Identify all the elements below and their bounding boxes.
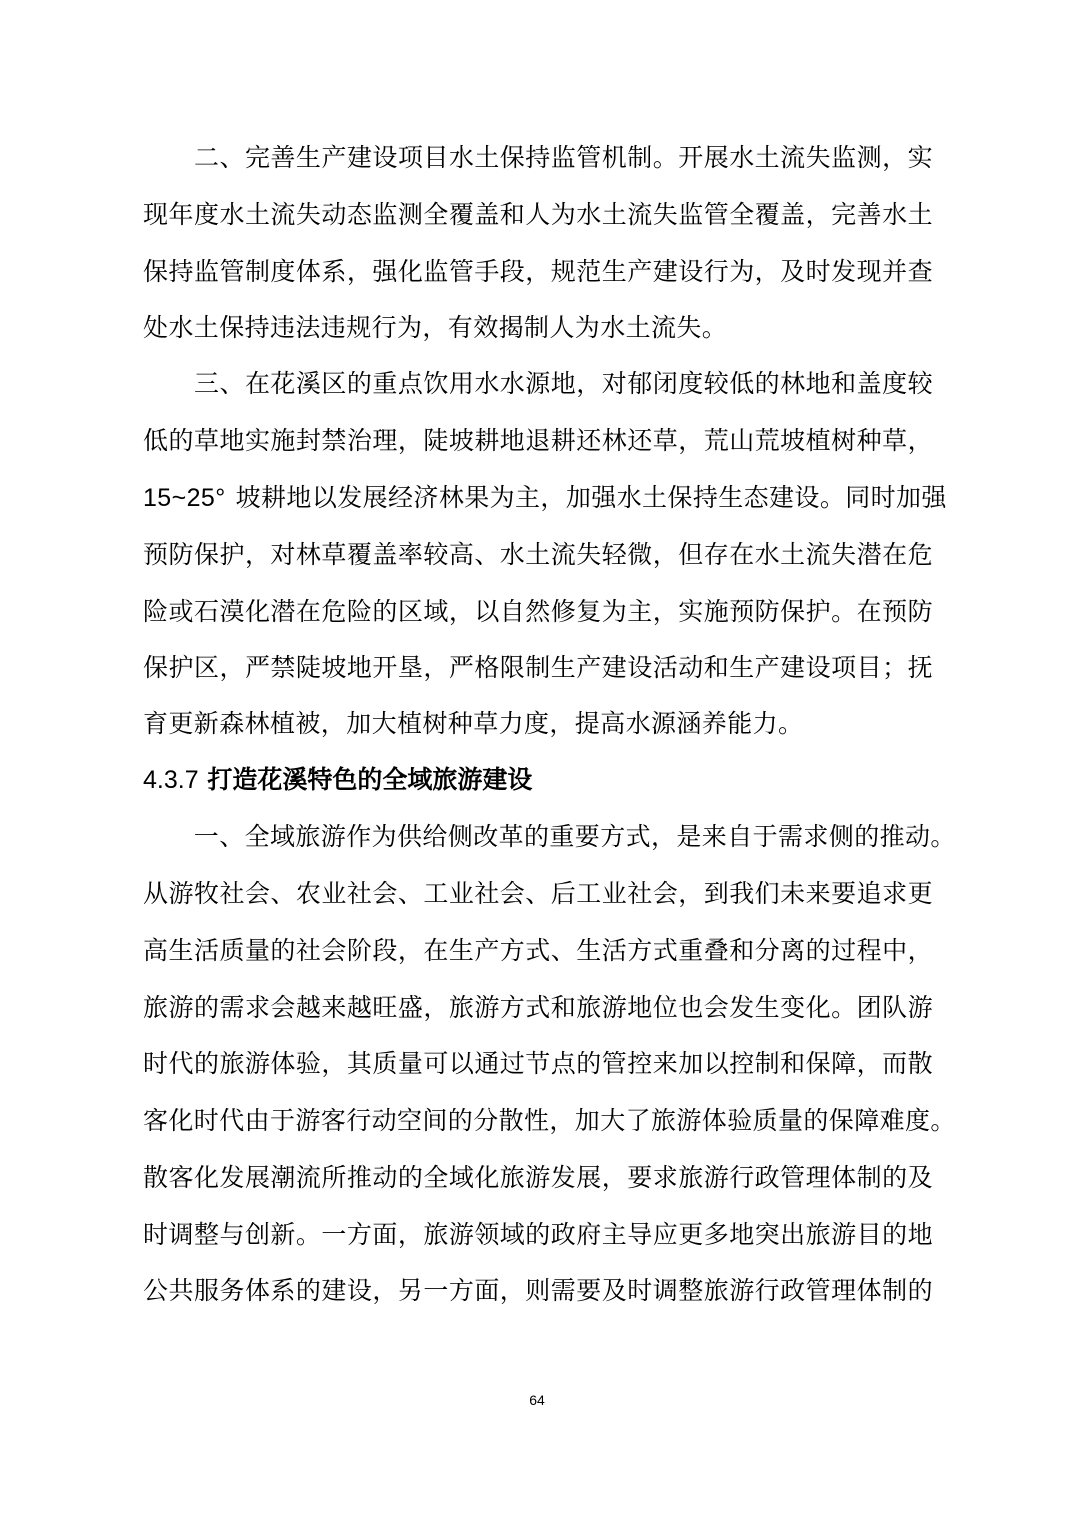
paragraph-line: 公共服务体系的建设，另一方面，则需要及时调整旅游行政管理体制的: [143, 1276, 933, 1306]
paragraph-line: 处水土保持违法违规行为，有效揭制人为水土流失。: [143, 313, 933, 343]
paragraph-line-text: 坡耕地以发展经济林果为主，加强水土保持生态建设。同时加强: [236, 483, 947, 513]
paragraph-line: 预防保护，对林草覆盖率较高、水土流失轻微，但存在水土流失潜在危: [143, 540, 933, 570]
paragraph-line: 育更新森林植被，加大植树种草力度，提高水源涵养能力。: [143, 709, 933, 739]
paragraph-line: 客化时代由于游客行动空间的分散性，加大了旅游体验质量的保障难度。: [143, 1106, 933, 1136]
paragraph-line: 保护区，严禁陡坡地开垦，严格限制生产建设活动和生产建设项目；抚: [143, 653, 933, 683]
paragraph-line: 从游牧社会、农业社会、工业社会、后工业社会，到我们未来要追求更: [143, 879, 933, 909]
paragraph-line: 旅游的需求会越来越旺盛，旅游方式和旅游地位也会发生变化。团队游: [143, 993, 933, 1023]
paragraph-line: 散客化发展潮流所推动的全域化旅游发展，要求旅游行政管理体制的及: [143, 1163, 933, 1193]
paragraph-line: 15~25° 坡耕地以发展经济林果为主，加强水土保持生态建设。同时加强: [143, 483, 933, 513]
paragraph-line: 二、完善生产建设项目水土保持监管机制。开展水土流失监测，实: [143, 143, 933, 173]
slope-range: 15~25°: [143, 483, 226, 513]
section-number: 4.3.7: [143, 766, 199, 794]
paragraph-line: 三、在花溪区的重点饮用水水源地，对郁闭度较低的林地和盖度较: [143, 369, 933, 399]
paragraph-line: 低的草地实施封禁治理，陡坡耕地退耕还林还草，荒山荒坡植树种草，: [143, 426, 933, 456]
paragraph-line: 一、全域旅游作为供给侧改革的重要方式，是来自于需求侧的推动。: [143, 822, 933, 852]
section-heading: 4.3.7 打造花溪特色的全域旅游建设: [143, 765, 532, 795]
section-title: 打造花溪特色的全域旅游建设: [207, 765, 532, 794]
paragraph-line: 险或石漠化潜在危险的区域，以自然修复为主，实施预防保护。在预防: [143, 597, 933, 627]
paragraph-line: 保持监管制度体系，强化监管手段，规范生产建设行为，及时发现并查: [143, 257, 933, 287]
paragraph-line: 时代的旅游体验，其质量可以通过节点的管控来加以控制和保障，而散: [143, 1049, 933, 1079]
page-number: 64: [0, 1392, 1074, 1408]
paragraph-line: 高生活质量的社会阶段，在生产方式、生活方式重叠和分离的过程中，: [143, 936, 933, 966]
document-page: 二、完善生产建设项目水土保持监管机制。开展水土流失监测，实 现年度水土流失动态监…: [0, 0, 1074, 1520]
paragraph-line: 时调整与创新。一方面，旅游领域的政府主导应更多地突出旅游目的地: [143, 1220, 933, 1250]
paragraph-line: 现年度水土流失动态监测全覆盖和人为水土流失监管全覆盖，完善水土: [143, 200, 933, 230]
